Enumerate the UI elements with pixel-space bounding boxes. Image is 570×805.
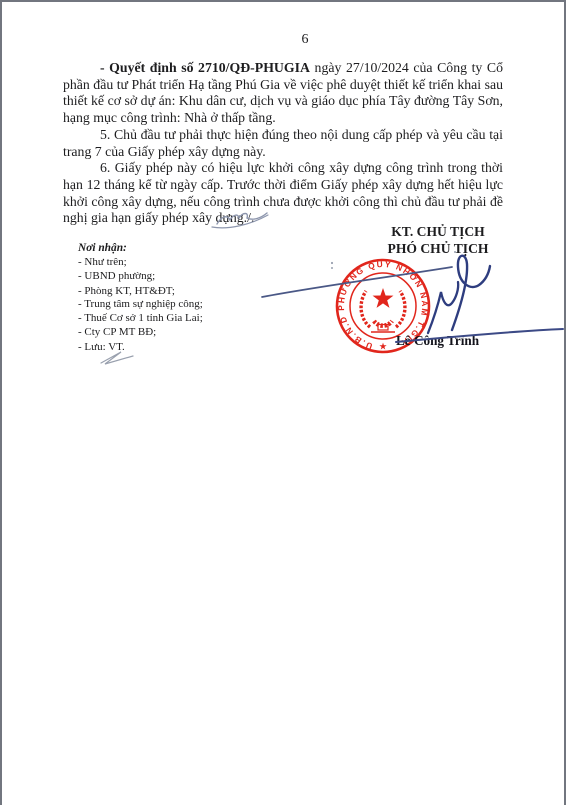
recipient-item: - Thuế Cơ sở 1 tỉnh Gia Lai; <box>78 313 288 324</box>
recipients-block: Nơi nhận: - Như trên; - UBND phường; - P… <box>78 243 288 356</box>
recipient-item: - Phòng KT, HT&ĐT; <box>78 286 288 297</box>
emblem-wreath-left <box>361 291 370 327</box>
seal-inner-ring <box>350 273 416 339</box>
deputy-chairman-title: PHÓ CHỦ TỊCH <box>348 241 528 258</box>
emblem-wreath-right <box>396 291 405 327</box>
recipient-item: - Trung tâm sự nghiệp công; <box>78 299 288 310</box>
recipients-header: Nơi nhận: <box>78 243 288 254</box>
paragraph-clause-5: 5. Chủ đầu tư phải thực hiện đúng theo n… <box>63 127 503 160</box>
recipient-item: - Như trên; <box>78 257 288 268</box>
seal-bottom-star: ★ <box>379 342 388 353</box>
signer-name: Lê Công Trình <box>396 333 479 349</box>
page-number: 6 <box>293 32 317 48</box>
emblem-ribbon <box>378 325 388 331</box>
decision-number-bold: - Quyết định số 2710/QĐ-PHUGIA <box>100 60 310 75</box>
document-page: 6 - Quyết định số 2710/QĐ-PHUGIA ngày 27… <box>0 0 570 805</box>
paragraph-decision: - Quyết định số 2710/QĐ-PHUGIA ngày 27/1… <box>63 60 503 127</box>
signature-title-block: KT. CHỦ TỊCH PHÓ CHỦ TỊCH <box>348 224 528 258</box>
emblem-gear <box>374 321 392 326</box>
recipient-item: - Lưu: VT. <box>78 342 288 353</box>
recipient-item: - Cty CP MT BĐ; <box>78 327 288 338</box>
signature-strokes <box>262 256 563 342</box>
recipient-item: - UBND phường; <box>78 271 288 282</box>
document-body: - Quyết định số 2710/QĐ-PHUGIA ngày 27/1… <box>63 60 503 227</box>
acting-chairman-title: KT. CHỦ TỊCH <box>348 224 528 241</box>
national-emblem-icon <box>361 288 405 332</box>
emblem-star-icon <box>373 288 394 308</box>
paragraph-clause-6: 6. Giấy phép này có hiệu lực khởi công x… <box>63 160 503 227</box>
